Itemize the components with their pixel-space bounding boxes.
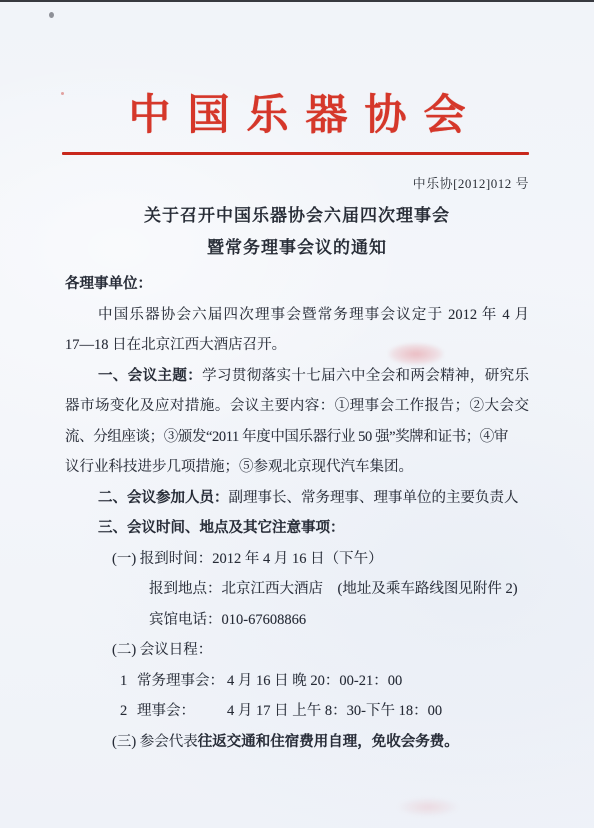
document-number: 中乐协[2012]012 号 bbox=[65, 175, 529, 193]
item-3-prefix: (三) 参会代表 bbox=[112, 734, 198, 750]
salutation: 各理事单位： bbox=[65, 269, 529, 300]
scan-edge-artifact bbox=[0, 0, 594, 2]
agenda-row-2: 2理事会：4 月 17 日 上午 8：30-下午 18：00 bbox=[65, 696, 529, 727]
agenda-row-1-time: 4 月 16 日 晚 20：00-21：00 bbox=[227, 673, 402, 689]
agenda-row-1: 1常务理事会：4 月 16 日 晚 20：00-21：00 bbox=[65, 666, 529, 697]
agenda-row-2-time: 4 月 17 日 上午 8：30-下午 18：00 bbox=[227, 703, 442, 719]
agenda-row-2-number: 2 bbox=[120, 696, 137, 727]
agenda-row-1-name: 常务理事会： bbox=[137, 666, 227, 697]
scan-speck bbox=[49, 12, 54, 18]
agenda-row-1-number: 1 bbox=[120, 666, 137, 697]
item-1-checkin-place: 报到地点：北京江西大酒店 (地址及乘车路线图见附件 2) bbox=[65, 574, 529, 605]
section-1-text: 学习贯彻落实十七届六中全会和两会精神，研究乐 bbox=[202, 368, 529, 384]
section-1-line-1: 一、会议主题：学习贯彻落实十七届六中全会和两会精神，研究乐 bbox=[65, 361, 529, 392]
section-3-heading: 三、会议时间、地点及其它注意事项： bbox=[65, 513, 529, 544]
agenda-row-2-name: 理事会： bbox=[137, 696, 227, 727]
section-1-line-2: 器市场变化及应对措施。会议主要内容：①理事会工作报告；②大会交 bbox=[65, 391, 529, 422]
section-2-line: 二、会议参加人员：副理事长、常务理事、理事单位的主要负责人 bbox=[65, 483, 529, 514]
item-1-hotel-phone: 宾馆电话：010-67608866 bbox=[65, 605, 529, 636]
intro-paragraph-line-2: 17—18 日在北京江西大酒店召开。 bbox=[65, 330, 529, 361]
document-title-line-2: 暨常务理事会议的通知 bbox=[0, 232, 594, 264]
document-title-line-1: 关于召开中国乐器协会六届四次理事会 bbox=[0, 200, 594, 232]
document-title: 关于召开中国乐器协会六届四次理事会 暨常务理事会议的通知 bbox=[0, 200, 594, 264]
item-1-checkin-time: (一) 报到时间：2012 年 4 月 16 日（下午） bbox=[65, 544, 529, 575]
item-3-bold-text: 往返交通和住宿费用自理，免收会务费。 bbox=[198, 734, 459, 750]
scanned-notice-page: 中国乐器协会 中乐协[2012]012 号 关于召开中国乐器协会六届四次理事会 … bbox=[0, 0, 594, 828]
section-2-label: 二、会议参加人员： bbox=[98, 490, 229, 506]
item-3-fees-line: (三) 参会代表往返交通和住宿费用自理，免收会务费。 bbox=[65, 727, 529, 758]
document-body: 各理事单位： 中国乐器协会六届四次理事会暨常务理事会议定于 2012 年 4 月… bbox=[65, 269, 529, 757]
red-ink-bleedthrough bbox=[396, 797, 460, 817]
intro-paragraph-line-1: 中国乐器协会六届四次理事会暨常务理事会议定于 2012 年 4 月 bbox=[65, 300, 529, 331]
organization-letterhead: 中国乐器协会 bbox=[0, 90, 594, 142]
section-1-line-3: 流、分组座谈；③颁发“2011 年度中国乐器行业 50 强”奖牌和证书；④审 bbox=[65, 422, 529, 453]
item-2-agenda-heading: (二) 会议日程： bbox=[65, 635, 529, 666]
letterhead-rule bbox=[62, 152, 529, 155]
section-2-text: 副理事长、常务理事、理事单位的主要负责人 bbox=[229, 490, 519, 506]
section-1-line-4: 议行业科技进步几项措施；⑤参观北京现代汽车集团。 bbox=[65, 452, 529, 483]
section-1-label: 一、会议主题： bbox=[98, 368, 202, 384]
